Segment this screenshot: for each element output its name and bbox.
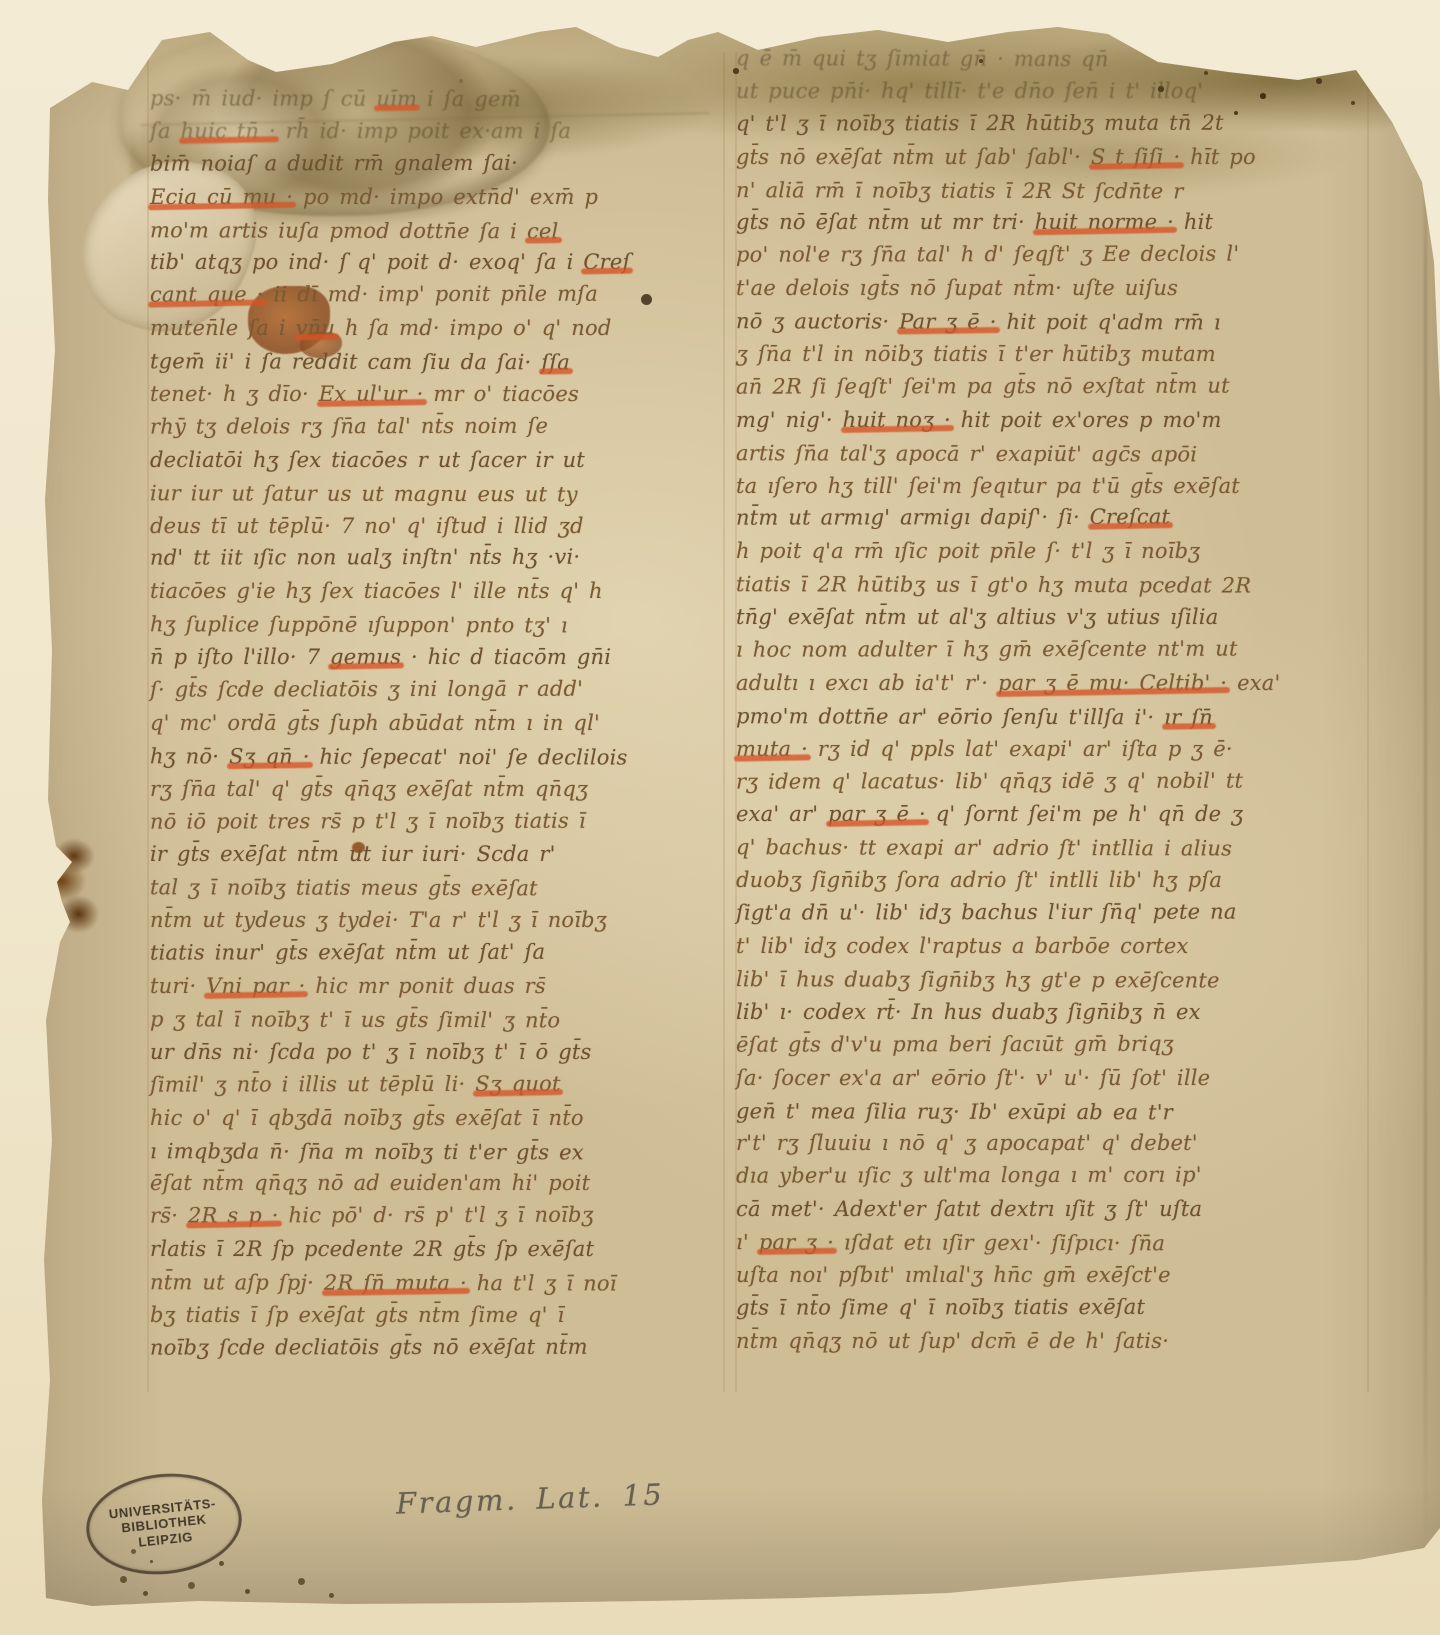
rubricated-phrase: 2R s p ·: [188, 1204, 279, 1228]
manuscript-line: ı imqbʒda n̄· ſn̄a m noībʒ ti t'er gt̄s …: [150, 1139, 725, 1173]
manuscript-line: r't' rʒ ſluuiu ı nō q' ʒ apocapat' q' de…: [736, 1131, 1370, 1164]
manuscript-line: q' t'l ʒ ī noībʒ tiatis ī 2R hūtibʒ muta…: [736, 110, 1370, 144]
manuscript-line: rlatis ī 2R ſp pcedente 2R gt̄s ſp exēſa…: [150, 1237, 725, 1270]
manuscript-line: tenet· h ʒ dīo· Ex ul'ur · mr o' tiacōes: [150, 382, 725, 415]
rubricated-phrase: cant que ·: [150, 283, 264, 307]
manuscript-line: ta ıſero hʒ till' ſei'm ſeqıtur pa t'ū g…: [736, 474, 1370, 507]
manuscript-line: exa' ar' par ʒ ē · q' ſornt ſei'm pe h' …: [736, 802, 1370, 835]
dark-stain-left-edge: [40, 836, 102, 936]
manuscript-line: gt̄s nō ēſat nt̄m ut mr tri· huit norme …: [736, 210, 1370, 243]
manuscript-line: ʒ ſn̄a t'l in nōibʒ tiatis ī t'er hūtibʒ…: [736, 342, 1370, 375]
manuscript-line: gen̄ t' mea ſilia ruʒ· Ib' exūpi ab ea t…: [736, 1099, 1370, 1134]
manuscript-line: nt̄m ut tydeus ʒ tydei· T'a r' t'l ʒ ī n…: [150, 908, 725, 941]
text-column-right: q ē m̄ qui tʒ ſimiat gn̄ · mans qn̄ut pu…: [736, 46, 1370, 1362]
manuscript-line: rhȳ tʒ delois rʒ ſn̄a tal' nt̄s noim ſe: [150, 413, 725, 447]
manuscript-line: iur iur ut ſatur us ut magnu eus ut ty: [150, 481, 725, 515]
rubricated-phrase: Creſcat: [1090, 505, 1170, 529]
text-column-left: ps· m̄ iud· imp ſ cū uīm i ſa gem̄ſa hui…: [150, 86, 725, 1369]
manuscript-line: ēſat nt̄m qn̄qʒ nō ad euiden'am hi' poit: [150, 1171, 725, 1204]
manuscript-line: tiatis inur' gt̄s exēſat nt̄m ut ſat' ſa: [150, 940, 725, 974]
manuscript-line: cā met'· Adext'er ſatıt dextrı ıſit ʒ ſt…: [736, 1197, 1370, 1230]
manuscript-line: uſta noı' pſbıt' ımlıal'ʒ hn̄c gm̄ exēſc…: [736, 1263, 1370, 1296]
manuscript-line: ı' par ʒ · ıſdat etı ıſir gexı'· ſiſpıcı…: [736, 1230, 1370, 1265]
manuscript-line: tiatis ī 2R hūtibʒ us ī gt'o hʒ muta pce…: [736, 572, 1370, 607]
manuscript-line: ſa huic tn̄ · rh̄ id· imp poit ex·am i ſ…: [150, 119, 725, 152]
rubricated-phrase: Sʒ quot: [475, 1071, 560, 1095]
manuscript-line: nt̄m ut aſp ſpj· 2R ſn̄ muta · ha t'l ʒ …: [150, 1270, 725, 1304]
manuscript-line: ut puce pn̄i· hq' tillī· t'e dn̄o ſen̄ i…: [736, 79, 1370, 112]
manuscript-line: mo'm artis iuſa pmod dottn̄e ſa i cel: [150, 218, 725, 252]
manuscript-line: dıa yber'u ıſic ʒ ult'ma longa ı m' corı…: [736, 1163, 1370, 1197]
manuscript-line: lib' ı· codex rt̄· In hus duabʒ ſign̄ibʒ…: [736, 1000, 1370, 1033]
manuscript-line: n' aliā rm̄ ī noībʒ tiatis ī 2R St ſcdn̄…: [736, 178, 1370, 213]
manuscript-line: ps· m̄ iud· imp ſ cū uīm i ſa gem̄: [150, 86, 725, 120]
manuscript-line: hʒ nō· Sʒ qn̄ · hic ſepecat' noi' ſe dec…: [150, 744, 725, 778]
manuscript-line: cant que · ii dī md· imp' ponit pn̄le mſ…: [150, 282, 725, 316]
manuscript-line: artis ſn̄a tal'ʒ apocā r' exapiūt' agc̄s…: [736, 441, 1370, 476]
manuscript-line: rs̄· 2R s p · hic pō' d· rs̄ p' t'l ʒ ī …: [150, 1203, 725, 1237]
manuscript-line: ſa· ſocer ex'a ar' eōrio ſt'· v' u'· ſū …: [736, 1066, 1370, 1099]
manuscript-line: ir gt̄s exēſat nt̄m ut iur iuri· Scda r': [150, 842, 725, 875]
manuscript-line: ur dn̄s ni· ſcda po t' ʒ ī noībʒ t' ī ō …: [150, 1040, 725, 1073]
rubricated-phrase: Ex ul'ur ·: [319, 382, 424, 406]
rubricated-phrase: Vni par ·: [206, 974, 305, 998]
manuscript-line: q' mc' ordā gt̄s ſuph abūdat nt̄m ı in q…: [150, 711, 725, 744]
manuscript-line: an̄ 2R ſi ſeqſt' ſei'm pa gt̄s nō exſtat…: [736, 373, 1370, 407]
manuscript-line: ſimil' ʒ nt̄o i illis ut tēplū li· Sʒ qu…: [150, 1071, 725, 1105]
ruling-line: [147, 52, 149, 1392]
manuscript-line: gt̄s ī nt̄o ſime q' ī noībʒ tiatis exēſa…: [736, 1294, 1370, 1328]
rubricated-phrase: ır ſn̄: [1164, 705, 1213, 729]
manuscript-line: tgem̄ ii' i ſa reddit cam ſiu da ſai· ſſ…: [150, 349, 725, 383]
manuscript-line: t' lib' idʒ codex l'raptus a barbōe cort…: [736, 934, 1370, 967]
manuscript-line: nō ʒ auctoris· Par ʒ ē · hit poit q'adm …: [736, 309, 1370, 344]
rubricated-phrase: huic tn̄ ·: [181, 119, 276, 143]
rubricated-phrase: huit norme ·: [1035, 210, 1174, 234]
rubricated-phrase: cel: [527, 219, 559, 243]
rubricated-phrase: par ʒ ē ·: [828, 802, 926, 826]
manuscript-line: tn̄g' exēſat nt̄m ut al'ʒ altius v'ʒ uti…: [736, 605, 1370, 638]
manuscript-line: n̄ p iſto l'illo· 7 gemus · hic d tiacōm…: [150, 645, 725, 678]
manuscript-line: p ʒ tal ī noībʒ t' ī us gt̄s ſimil' ʒ nt…: [150, 1007, 725, 1041]
manuscript-line: rʒ idem q' lacatus· lib' qn̄qʒ idē ʒ q' …: [736, 768, 1370, 802]
rubricated-phrase: vn̄u: [296, 316, 336, 340]
manuscript-line: mg' nig'· huit noʒ · hit poit ex'ores p …: [736, 408, 1370, 441]
rubricated-phrase: Creſ: [583, 250, 630, 274]
manuscript-line: tiacōes g'ie hʒ ſex tiacōes l' ille nt̄s…: [150, 579, 725, 612]
manuscript-line: h poit q'a rm̄ ıſic poit pn̄le ſ· t'l ʒ …: [736, 539, 1370, 572]
manuscript-line: gt̄s nō exēſat nt̄m ut ſab' ſabl'· S t ſ…: [736, 145, 1370, 178]
manuscript-line: muta · rʒ id q' ppls lat' exapi' ar' iſt…: [736, 737, 1370, 770]
rubricated-phrase: huit noʒ ·: [843, 408, 951, 432]
rubricated-phrase: par ʒ ·: [759, 1230, 834, 1254]
manuscript-line: ſigt'a dn̄ u'· lib' idʒ bachus l'iur ſn̄…: [736, 899, 1370, 933]
manuscript-line: nt̄m ut armıg' armigı dapiſ'· ſi· Creſca…: [736, 505, 1370, 539]
rubricated-phrase: uīm: [376, 87, 417, 111]
manuscript-line: ſ· gt̄s ſcde decliatōis ʒ ini longā r ad…: [150, 676, 725, 710]
manuscript-line: turi· Vni par · hic mr ponit duas rs̄: [150, 974, 725, 1007]
library-stamp: UNIVERSITÄTS- BIBLIOTHEK LEIPZIG: [81, 1466, 247, 1582]
rubricated-phrase: muta ·: [736, 737, 808, 761]
rubricated-phrase: par ʒ ē mu· Celtib' ·: [998, 671, 1227, 695]
parchment-fragment: ps· m̄ iud· imp ſ cū uīm i ſa gem̄ſa hui…: [0, 0, 1440, 1635]
manuscript-line: tal ʒ ī noībʒ tiatis meus gt̄s exēſat: [150, 876, 725, 910]
manuscript-line: bim̄ noiaſ a dudit rm̄ gnalem ſai·: [150, 150, 725, 184]
rubricated-phrase: 2R ſn̄ muta ·: [324, 1271, 467, 1295]
manuscript-line: duobʒ ſign̄ibʒ ſora adrio ſt' intlli lib…: [736, 868, 1370, 901]
top-edge-specks: [0, 0, 2, 2]
manuscript-line: nō iō poit tres rs̄ p t'l ʒ ī noībʒ tiat…: [150, 808, 725, 842]
manuscript-line: Ecia cū mu · po md· impo extn̄d' exm̄ p: [150, 185, 725, 218]
manuscript-line: t'ae delois ıgt̄s nō ſupat nt̄m· uſte ui…: [736, 276, 1370, 309]
manuscript-line: lib' ī hus duabʒ ſign̄ibʒ hʒ gt'e p exēſ…: [736, 967, 1370, 1002]
rubricated-phrase: Par ʒ ē ·: [899, 310, 997, 334]
photo-backdrop: ps· m̄ iud· imp ſ cū uīm i ſa gem̄ſa hui…: [0, 0, 1440, 1635]
manuscript-line: muten̄le ſa i vn̄u h ſa md· impo o' q' n…: [150, 316, 725, 349]
manuscript-line: adultı ı excı ab ia't' r'· par ʒ ē mu· C…: [736, 671, 1370, 704]
shelfmark-pencil: Fragm. Lat. 15: [395, 1477, 664, 1520]
rubricated-phrase: S t ſiſi ·: [1091, 145, 1181, 169]
manuscript-line: deus tī ut tēplū· 7 no' q' iſtud i llid …: [150, 514, 725, 547]
rubricated-phrase: gemus: [330, 645, 401, 669]
manuscript-line: po' nol'e rʒ ſn̄a tal' h d' ſeqſt' ʒ Ee …: [736, 242, 1370, 276]
rubricated-phrase: Sʒ qn̄ ·: [229, 744, 310, 768]
manuscript-line: bʒ tiatis ī ſp exēſat gt̄s nt̄m ſime q' …: [150, 1303, 725, 1336]
manuscript-line: decliatōi hʒ ſex tiacōes r ut ſacer ir u…: [150, 448, 725, 481]
manuscript-line: ı hoc nom adulter ī hʒ gm̄ exēſcente nt'…: [736, 636, 1370, 670]
manuscript-line: hʒ ſuplice ſuppōnē ıſuppon' pnto tʒ' ı: [150, 612, 725, 646]
manuscript-line: rʒ ſn̄a tal' q' gt̄s qn̄qʒ exēſat nt̄m q…: [150, 777, 725, 810]
manuscript-line: nt̄m qn̄qʒ nō ut ſup' dcm̄ ē de h' ſatis…: [736, 1329, 1370, 1362]
manuscript-line: hic o' q' ī qbʒdā noībʒ gt̄s exēſat ī nt…: [150, 1106, 725, 1139]
manuscript-line: q' bachus· tt exapi ar' adrio ſt' intlli…: [736, 836, 1370, 871]
manuscript-line: tib' atqʒ po ind· ſ q' poit d· exoq' ſa …: [150, 250, 725, 283]
rubricated-phrase: ſſa: [541, 350, 570, 374]
manuscript-line: noībʒ ſcde decliatōis gt̄s nō exēſat nt̄…: [150, 1334, 725, 1368]
vertical-crease: [1424, 60, 1427, 1550]
manuscript-line: nd' tt iit ıſic non ualʒ inſtn' nt̄s hʒ …: [150, 545, 725, 579]
manuscript-line: q ē m̄ qui tʒ ſimiat gn̄ · mans qn̄: [736, 46, 1370, 81]
manuscript-line: ēſat gt̄s d'v'u pma beri ſacıūt gm̄ briq…: [736, 1031, 1370, 1065]
manuscript-line: pmo'm dottn̄e ar' eōrio ſenſu t'illſa i'…: [736, 704, 1370, 739]
rubricated-phrase: Ecia cū mu ·: [150, 185, 293, 209]
